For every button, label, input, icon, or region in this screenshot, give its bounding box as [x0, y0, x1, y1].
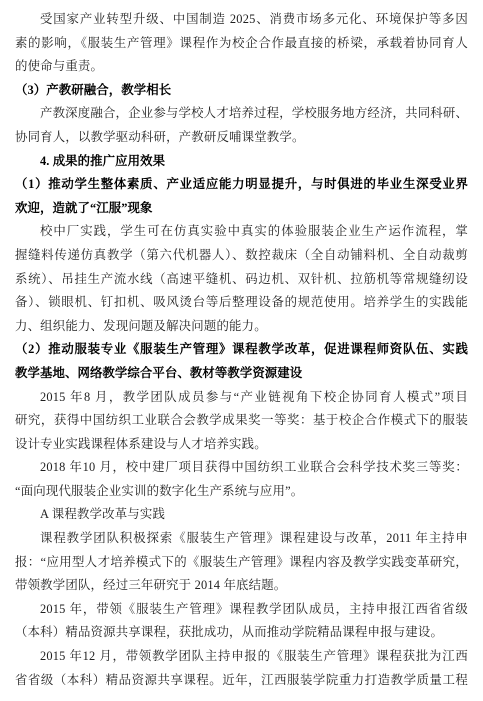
text-line: 备）、锁眼机、钉扣机、吸风烫台等后整理设备的规范使用。培养学生的实践能	[15, 291, 468, 315]
paragraph-9: 2018 年10 月，校中建厂项目获得中国纺织工业联合会科学技术奖三等奖：“面向…	[15, 456, 468, 503]
paragraph-11: 课程教学团队积极探索《服装生产管理》课程建设与改革，2011 年主持申报：“应用…	[15, 527, 468, 598]
text-line: 省省级（本科）精品资源共享课程。近年，江西服装学院重力打造教学质量工程	[15, 669, 468, 693]
paragraph-1: 受国家产业转型升级、中国制造 2025、消费市场多元化、环境保护等多因素的影响，…	[15, 8, 468, 79]
document-page: 受国家产业转型升级、中国制造 2025、消费市场多元化、环境保护等多因素的影响，…	[0, 0, 483, 701]
text-line: 教学基地、网络教学综合平台、教材等教学资源建设	[15, 362, 468, 386]
text-line: 握缝料传递仿真教学（第六代机器人）、数控裁床（全自动铺料机、全自动裁剪	[15, 244, 468, 268]
text-line: 带领教学团队，经过三年研究于 2014 年底结题。	[15, 574, 468, 598]
text-line: 素的影响，《服装生产管理》课程作为校企合作最直接的桥梁，承载着协同育人	[15, 32, 468, 56]
text-line: 2015 年，带领《服装生产管理》课程教学团队成员，主持申报江西省省级	[15, 598, 468, 622]
paragraph-5: （1）推动学生整体素质、产业适应能力明显提升，与时俱进的毕业生深受业界欢迎，造就…	[15, 173, 468, 220]
text-line: 课程教学团队积极探索《服装生产管理》课程建设与改革，2011 年主持申	[15, 527, 468, 551]
paragraph-10: A 课程教学改革与实践	[15, 503, 468, 527]
paragraph-2: （3）产教研融合，教学相长	[15, 79, 468, 103]
text-line: 报：“应用型人才培养模式下的《服装生产管理》课程内容及教学实践变革研究，	[15, 551, 468, 575]
text-line: 研究，获得中国纺织工业联合会教学成果奖一等奖：基于校企合作模式下的服装	[15, 409, 468, 433]
text-line: 校中厂实践，学生可在仿真实验中真实的体验服装企业生产运作流程，掌	[15, 220, 468, 244]
text-line: 2018 年10 月，校中建厂项目获得中国纺织工业联合会科学技术奖三等奖：	[15, 456, 468, 480]
text-line: “面向现代服装企业实训的数字化生产系统与应用”。	[15, 480, 468, 504]
paragraph-13: 2015 年12 月，带领教学团队主持申报的《服装生产管理》课程获批为江西省省级…	[15, 645, 468, 692]
text-line: （1）推动学生整体素质、产业适应能力明显提升，与时俱进的毕业生深受业界	[15, 173, 468, 197]
text-line: （2）推动服装专业《服装生产管理》课程教学改革，促进课程师资队伍、实践	[15, 338, 468, 362]
text-line: 系统）、吊挂生产流水线（高速平缝机、码边机、双针机、拉筋机等常规缝纫设	[15, 268, 468, 292]
text-line: 受国家产业转型升级、中国制造 2025、消费市场多元化、环境保护等多因	[15, 8, 468, 32]
text-line: 2015 年8 月，教学团队成员参与“产业链视角下校企协同育人模式”项目	[15, 386, 468, 410]
text-line: （3）产教研融合，教学相长	[15, 79, 468, 103]
text-line: 4. 成果的推广应用效果	[15, 150, 468, 174]
text-line: 产教深度融合，企业参与学校人才培养过程，学校服务地方经济，共同科研、	[15, 102, 468, 126]
document-body: 受国家产业转型升级、中国制造 2025、消费市场多元化、环境保护等多因素的影响，…	[15, 8, 468, 692]
text-line: 力、组织能力、发现问题及解决问题的能力。	[15, 315, 468, 339]
text-line: 协同育人，以教学驱动科研，产教研反哺课堂教学。	[15, 126, 468, 150]
text-line: A 课程教学改革与实践	[15, 503, 468, 527]
text-line: 的使命与重责。	[15, 55, 468, 79]
text-line: 欢迎，造就了“江服”现象	[15, 197, 468, 221]
paragraph-4: 4. 成果的推广应用效果	[15, 150, 468, 174]
paragraph-7: （2）推动服装专业《服装生产管理》课程教学改革，促进课程师资队伍、实践教学基地、…	[15, 338, 468, 385]
text-line: 2015 年12 月，带领教学团队主持申报的《服装生产管理》课程获批为江西	[15, 645, 468, 669]
paragraph-8: 2015 年8 月，教学团队成员参与“产业链视角下校企协同育人模式”项目研究，获…	[15, 386, 468, 457]
paragraph-3: 产教深度融合，企业参与学校人才培养过程，学校服务地方经济，共同科研、协同育人，以…	[15, 102, 468, 149]
paragraph-12: 2015 年，带领《服装生产管理》课程教学团队成员，主持申报江西省省级（本科）精…	[15, 598, 468, 645]
text-line: 设计专业实践课程体系建设与人才培养实践。	[15, 433, 468, 457]
text-line: （本科）精品资源共享课程，获批成功，从而推动学院精品课程申报与建设。	[15, 621, 468, 645]
paragraph-6: 校中厂实践，学生可在仿真实验中真实的体验服装企业生产运作流程，掌握缝料传递仿真教…	[15, 220, 468, 338]
